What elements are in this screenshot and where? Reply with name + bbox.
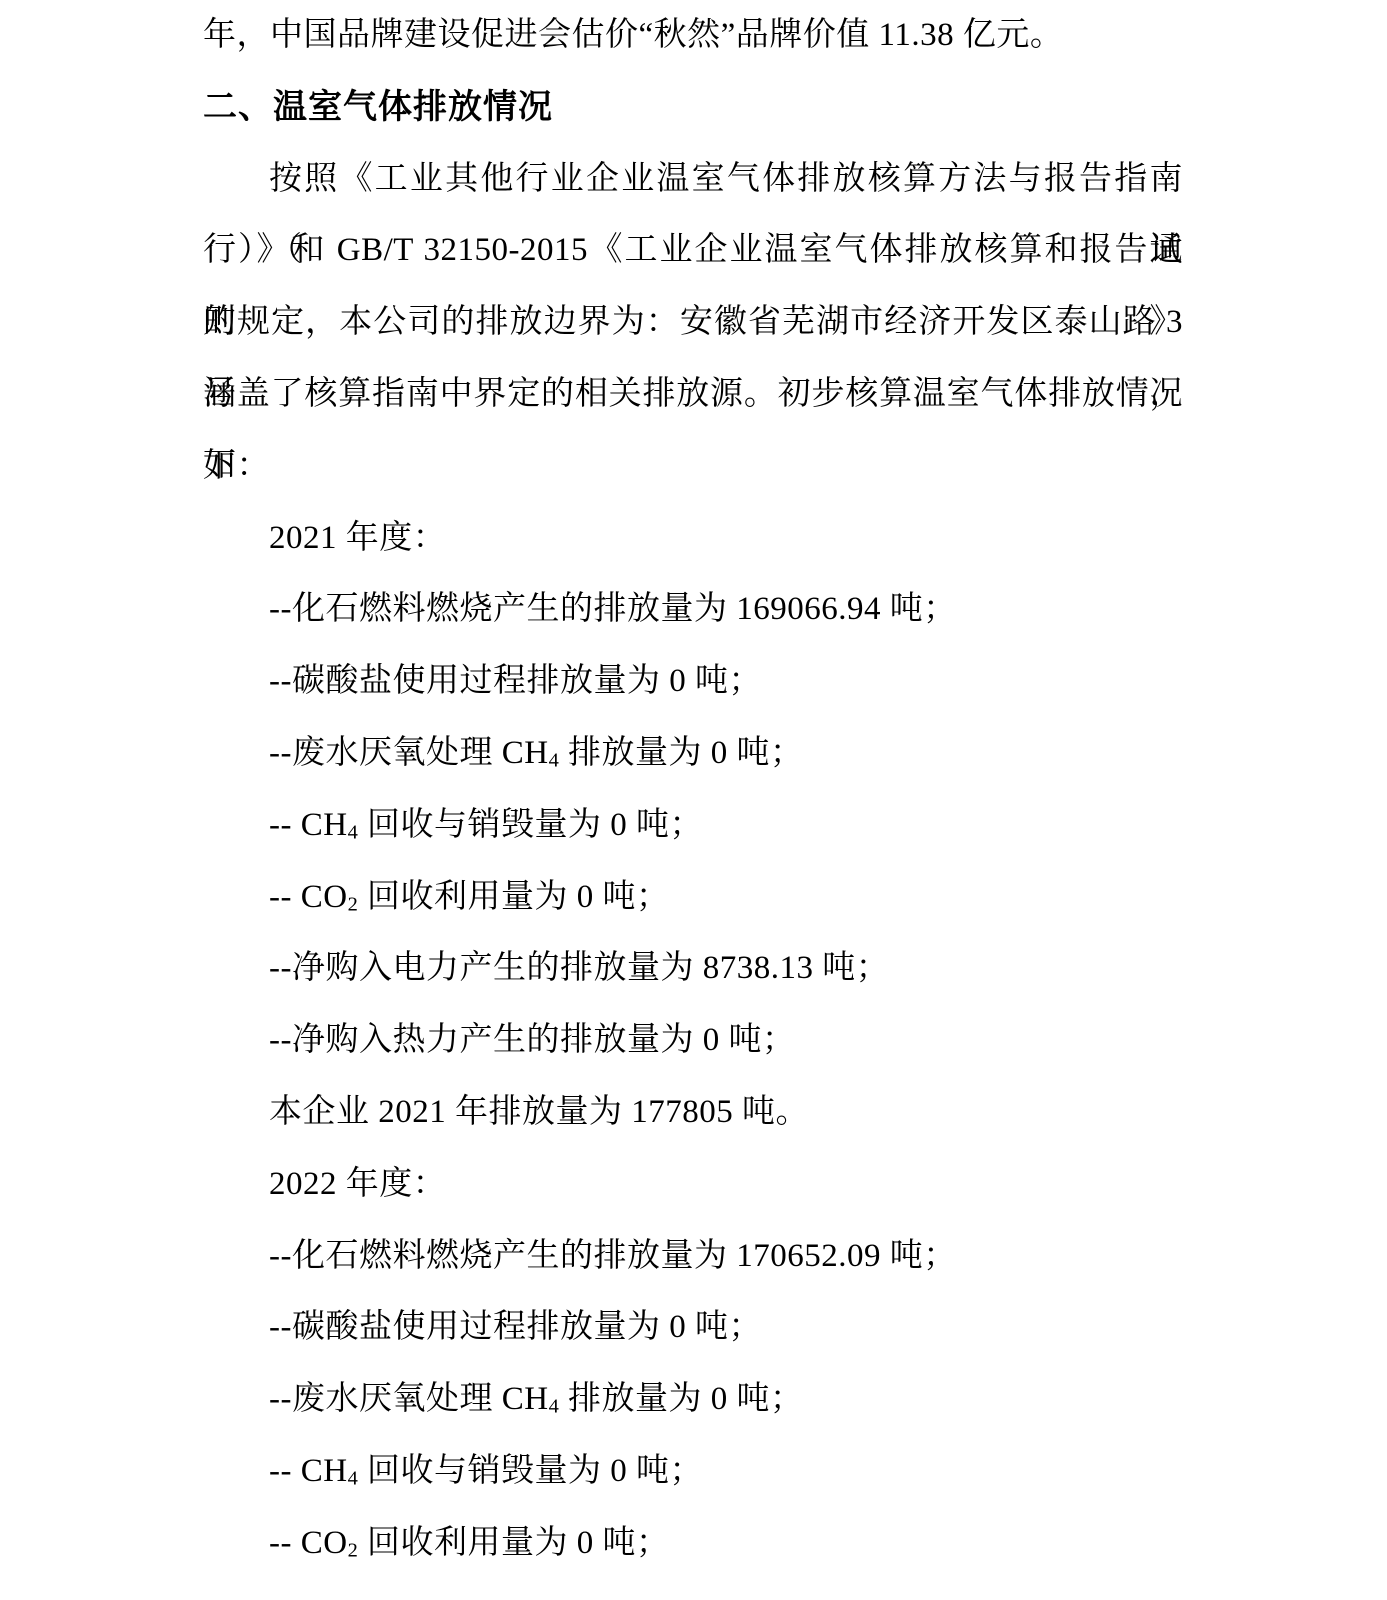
paragraph-line: 2022 年度： bbox=[203, 1149, 1183, 1221]
chemical-subscript: 2 bbox=[348, 1539, 359, 1561]
chemical-subscript: 4 bbox=[348, 821, 359, 843]
text-segment: 回收与销毁量为 0 吨； bbox=[358, 1453, 703, 1489]
paragraph-line: --废水厌氧处理 CH4 排放量为 0 吨； bbox=[203, 1364, 1183, 1436]
text-segment: 回收利用量为 0 吨； bbox=[358, 1525, 669, 1561]
paragraph-line: 2021 年度： bbox=[203, 503, 1183, 575]
section-heading: 二、温室气体排放情况 bbox=[203, 72, 1183, 144]
chemical-subscript: 4 bbox=[549, 750, 560, 772]
text-segment: -- CO bbox=[269, 1525, 348, 1561]
text-segment: -- CO bbox=[269, 879, 348, 915]
paragraph-line: 年，中国品牌建设促进会估价“秋然”品牌价值 11.38 亿元。 bbox=[203, 0, 1183, 72]
text-segment: 排放量为 0 吨； bbox=[559, 735, 803, 771]
paragraph-line: --净购入热力产生的排放量为 0 吨； bbox=[203, 1005, 1183, 1077]
paragraph-line: --碳酸盐使用过程排放量为 0 吨； bbox=[203, 1292, 1183, 1364]
paragraph-line: 涵盖了核算指南中界定的相关排放源。初步核算温室气体排放情况如 bbox=[203, 359, 1183, 431]
text-segment: -- CH bbox=[269, 807, 348, 843]
paragraph-line: -- CO2 回收利用量为 0 吨； bbox=[203, 862, 1183, 934]
document-page: 年，中国品牌建设促进会估价“秋然”品牌价值 11.38 亿元。二、温室气体排放情… bbox=[0, 0, 1387, 1600]
text-segment: 排放量为 0 吨； bbox=[559, 1381, 803, 1417]
document-body: 年，中国品牌建设促进会估价“秋然”品牌价值 11.38 亿元。二、温室气体排放情… bbox=[203, 0, 1183, 1580]
paragraph-line: -- CH4 回收与销毁量为 0 吨； bbox=[203, 1436, 1183, 1508]
chemical-subscript: 4 bbox=[549, 1396, 560, 1418]
paragraph-line: 按照《工业其他行业企业温室气体排放核算方法与报告指南（试 bbox=[203, 144, 1183, 216]
paragraph-line: --化石燃料燃烧产生的排放量为 169066.94 吨； bbox=[203, 574, 1183, 646]
paragraph-line: --废水厌氧处理 CH4 排放量为 0 吨； bbox=[203, 718, 1183, 790]
text-segment: -- CH bbox=[269, 1453, 348, 1489]
paragraph-line: --净购入电力产生的排放量为 8738.13 吨； bbox=[203, 933, 1183, 1005]
paragraph-line: --碳酸盐使用过程排放量为 0 吨； bbox=[203, 646, 1183, 718]
paragraph-line: 下： bbox=[203, 431, 1183, 503]
chemical-subscript: 2 bbox=[348, 893, 359, 915]
text-segment: --废水厌氧处理 CH bbox=[269, 735, 549, 771]
paragraph-line: 本企业 2021 年排放量为 177805 吨。 bbox=[203, 1077, 1183, 1149]
paragraph-line: -- CO2 回收利用量为 0 吨； bbox=[203, 1508, 1183, 1580]
text-segment: 回收利用量为 0 吨； bbox=[358, 879, 669, 915]
text-segment: --废水厌氧处理 CH bbox=[269, 1381, 549, 1417]
paragraph-line: --化石燃料燃烧产生的排放量为 170652.09 吨； bbox=[203, 1221, 1183, 1293]
paragraph-line: -- CH4 回收与销毁量为 0 吨； bbox=[203, 790, 1183, 862]
text-segment: 回收与销毁量为 0 吨； bbox=[358, 807, 703, 843]
paragraph-line: 的规定，本公司的排放边界为：安徽省芜湖市经济开发区泰山路 3 号， bbox=[203, 287, 1183, 359]
paragraph-line: 行）》和 GB/T 32150-2015《工业企业温室气体排放核算和报告通则》 bbox=[203, 215, 1183, 287]
chemical-subscript: 4 bbox=[348, 1468, 359, 1490]
